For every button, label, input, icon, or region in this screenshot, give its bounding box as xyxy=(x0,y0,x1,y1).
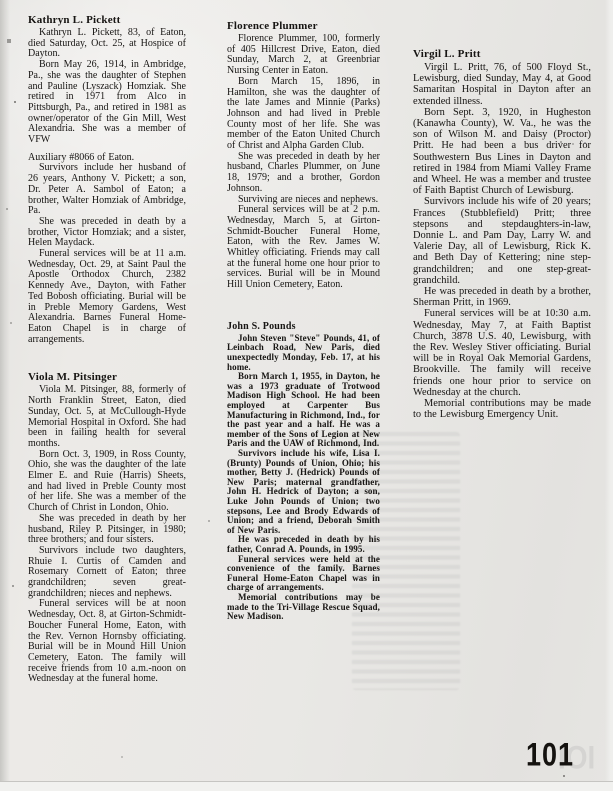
obituary-paragraph: Kathryn L. Pickett, 83, of Eaton, died S… xyxy=(28,28,186,60)
obituary-paragraph: Born Sept. 3, 1920, in Hugheston (Kanawh… xyxy=(413,107,591,197)
obituary-paragraph: She was preceded in death by her husband… xyxy=(227,152,380,195)
obituary-paragraph: Survivors include her husband of 26 year… xyxy=(28,163,186,217)
obituary-paragraph: Born May 26, 1914, in Ambridge, Pa., she… xyxy=(28,60,186,146)
obituary-paragraph: Survivors include his wife, Lisa I. (Bru… xyxy=(227,449,380,535)
obituary-paragraph: She was preceded in death by a brother, … xyxy=(28,217,186,249)
obituary-paragraph: Memorial contributions may be made to th… xyxy=(413,398,591,420)
obituary-paragraph: Survivors include two daughters, Rhuie I… xyxy=(28,546,186,600)
obituary-heading: Kathryn L. Pickett xyxy=(28,14,186,26)
obituary-paragraph: Born March 1, 1955, in Dayton, he was a … xyxy=(227,372,380,449)
obituary-virgil-pritt: Virgil L. Pritt Virgil L. Pritt, 76, of … xyxy=(413,48,591,421)
obituary-paragraph: Born Oct. 3, 1909, in Ross County, Ohio,… xyxy=(28,450,186,514)
page-number: 101 xyxy=(526,737,574,774)
obituary-heading: Virgil L. Pritt xyxy=(413,48,591,60)
obituary-paragraph: Born March 15, 1896, in Hamilton, she wa… xyxy=(227,77,380,152)
obituary-paragraph: Funeral services will be at 10:30 a.m. W… xyxy=(413,308,591,398)
obituary-heading: Florence Plummer xyxy=(227,20,380,32)
scan-left-edge-shadow xyxy=(0,0,10,791)
scanned-obituary-page: IOI Kathryn L. Pickett Kathryn L. Picket… xyxy=(0,0,613,791)
obituary-john-pounds: John S. Pounds John Steven "Steve" Pound… xyxy=(227,321,380,622)
obituary-heading: John S. Pounds xyxy=(227,321,380,332)
obituary-paragraph: Funeral services were held at the conven… xyxy=(227,555,380,593)
obituary-paragraph: She was preceded in death by her husband… xyxy=(28,514,186,546)
obituary-heading: Viola M. Pitsinger xyxy=(28,371,186,383)
obituary-paragraph: Funeral services will be at noon Wednesd… xyxy=(28,599,186,685)
obituary-paragraph: John Steven "Steve" Pounds, 41, of Leinb… xyxy=(227,334,380,372)
obituary-kathryn-pickett: Kathryn L. Pickett Kathryn L. Pickett, 8… xyxy=(28,14,186,345)
scan-right-edge-strip xyxy=(605,0,613,791)
column-right: Virgil L. Pritt Virgil L. Pritt, 76, of … xyxy=(413,48,591,421)
column-left: Kathryn L. Pickett Kathryn L. Pickett, 8… xyxy=(28,14,186,685)
obituary-paragraph: Florence Plummer, 100, formerly of 405 H… xyxy=(227,34,380,77)
obituary-paragraph: He was preceded in death by a brother, S… xyxy=(413,286,591,308)
obituary-paragraph: Funeral services will be at 11 a.m. Wedn… xyxy=(28,249,186,345)
obituary-paragraph: Funeral services will be at 2 p.m. Wedne… xyxy=(227,205,380,291)
obituary-paragraph: Virgil L. Pritt, 76, of 500 Floyd St., L… xyxy=(413,62,591,107)
scan-bottom-edge-strip xyxy=(0,781,613,791)
obituary-paragraph: Viola M. Pitsinger, 88, formerly of Nort… xyxy=(28,385,186,449)
obituary-viola-pitsinger: Viola M. Pitsinger Viola M. Pitsinger, 8… xyxy=(28,371,186,685)
column-middle: Florence Plummer Florence Plummer, 100, … xyxy=(227,20,380,622)
obituary-paragraph: He was preceded in death by his father, … xyxy=(227,535,380,554)
obituary-florence-plummer: Florence Plummer Florence Plummer, 100, … xyxy=(227,20,380,291)
obituary-paragraph: Survivors include his wife of 20 years; … xyxy=(413,196,591,286)
scan-dust-specks xyxy=(0,0,2,2)
obituary-paragraph: Memorial contributions may be made to th… xyxy=(227,593,380,622)
